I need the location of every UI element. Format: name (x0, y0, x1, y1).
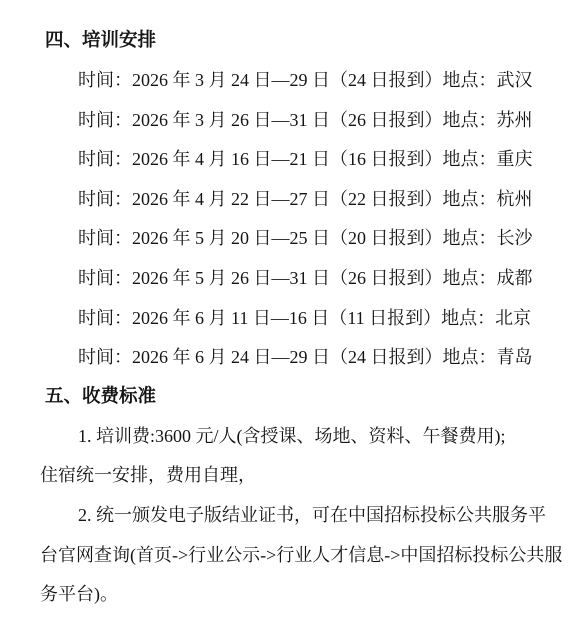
section-heading-training: 四、培训安排 (40, 22, 552, 61)
fees-para2-line1: 2. 统一颁发电子版结业证书，可在中国招标投标公共服务平 (40, 496, 552, 536)
schedule-line-hangzhou: 时间：2026 年 4 月 22 日—27 日（22 日报到）地点：杭州 (40, 180, 552, 220)
schedule-line-chongqing: 时间：2026 年 4 月 16 日—21 日（16 日报到）地点：重庆 (40, 140, 552, 180)
schedule-line-wuhan: 时间：2026 年 3 月 24 日—29 日（24 日报到）地点：武汉 (40, 61, 552, 101)
training-schedule-list: 时间：2026 年 3 月 24 日—29 日（24 日报到）地点：武汉 时间：… (40, 61, 552, 378)
fees-para1-line1: 1. 培训费:3600 元/人(含授课、场地、资料、午餐费用); (40, 417, 552, 457)
section-heading-fees: 五、收费标准 (40, 378, 552, 417)
document-page: 四、培训安排 时间：2026 年 3 月 24 日—29 日（24 日报到）地点… (0, 0, 576, 617)
fees-paragraph-2: 2. 统一颁发电子版结业证书，可在中国招标投标公共服务平 台官网查询(首页->行… (40, 496, 552, 615)
fees-para1-line2: 住宿统一安排，费用自理， (40, 456, 552, 496)
schedule-line-chengdu: 时间：2026 年 5 月 26 日—31 日（26 日报到）地点：成都 (40, 259, 552, 299)
schedule-line-beijing: 时间：2026 年 6 月 11 日—16 日（11 日报到）地点：北京 (40, 299, 552, 339)
schedule-line-qingdao: 时间：2026 年 6 月 24 日—29 日（24 日报到）地点：青岛 (40, 338, 552, 378)
schedule-line-suzhou: 时间：2026 年 3 月 26 日—31 日（26 日报到）地点：苏州 (40, 101, 552, 141)
fees-para2-line3: 务平台)。 (40, 575, 552, 615)
schedule-line-changsha: 时间：2026 年 5 月 20 日—25 日（20 日报到）地点：长沙 (40, 219, 552, 259)
fees-paragraph-1: 1. 培训费:3600 元/人(含授课、场地、资料、午餐费用); 住宿统一安排，… (40, 417, 552, 496)
fees-para2-line2: 台官网查询(首页->行业公示->行业人才信息->中国招标投标公共服 (40, 536, 552, 576)
